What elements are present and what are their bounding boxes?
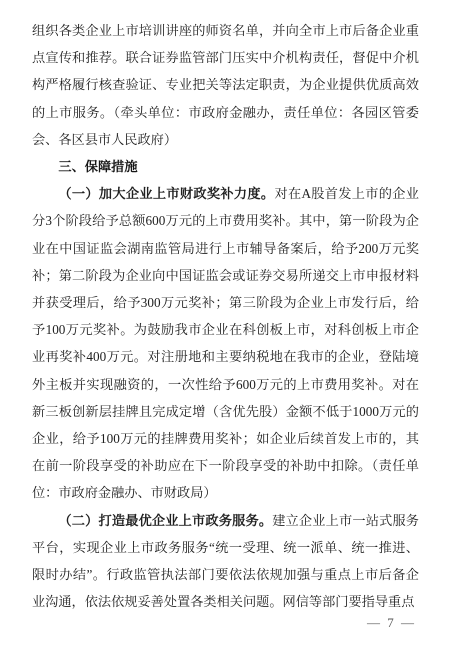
paragraph-subsidy-text: 对在A股首发上市的企业分3个阶段给予总额600万元的上市费用奖补。其中，第一阶段… bbox=[32, 186, 419, 500]
paragraph-gov-service: （二）打造最优企业上市政务服务。建立企业上市一站式服务平台，实现企业上市政务服务… bbox=[32, 507, 419, 616]
paragraph-continuation: 组织各类企业上市培训讲座的师资名单，并向全市上市后备企业重点宣传和推荐。联合证券… bbox=[32, 17, 419, 153]
paragraph-subsidy-lead: （一）加大企业上市财政奖补力度。 bbox=[58, 186, 274, 201]
document-page: 组织各类企业上市培训讲座的师资名单，并向全市上市后备企业重点宣传和推荐。联合证券… bbox=[0, 0, 450, 647]
page-number: — 7 — bbox=[367, 609, 416, 636]
paragraph-subsidy-policy: （一）加大企业上市财政奖补力度。对在A股首发上市的企业分3个阶段给予总额600万… bbox=[32, 180, 419, 506]
document-body: 组织各类企业上市培训讲座的师资名单，并向全市上市后备企业重点宣传和推荐。联合证券… bbox=[32, 17, 419, 615]
paragraph-gov-service-lead: （二）打造最优企业上市政务服务。 bbox=[58, 513, 272, 528]
section-heading: 三、保障措施 bbox=[32, 153, 419, 180]
